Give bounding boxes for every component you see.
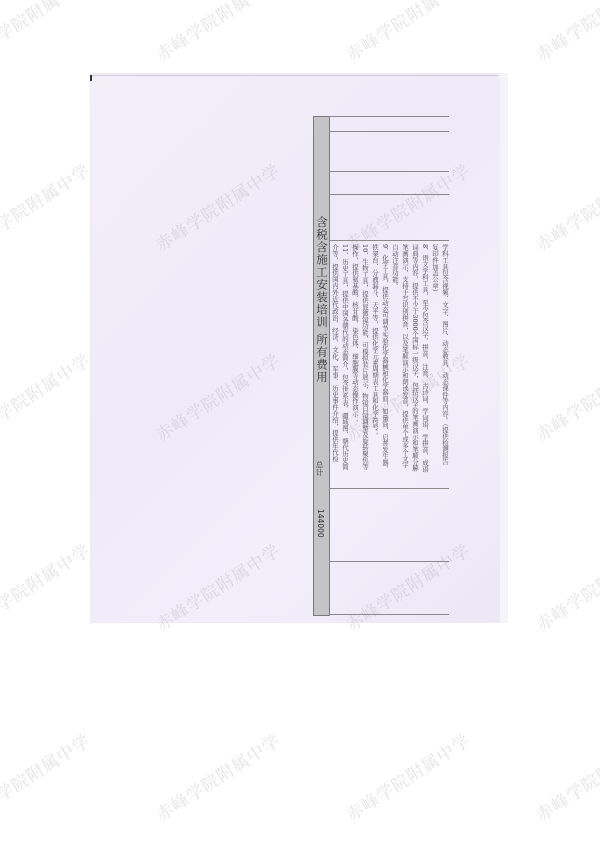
watermark-text: 赤峰学院附属中学 <box>340 0 474 66</box>
watermark-text: 赤峰学院附属中学 <box>530 0 600 66</box>
content-line: 复印件加盖公章） <box>430 244 439 474</box>
content-line: 自动注音功能。 <box>390 244 399 474</box>
scanned-page: 含税含施工安装培训 所有费用 学科工具包含视频、文字、图片、动态教具、动态课件等… <box>90 73 508 623</box>
content-line: 9、化学工具，提供动态可调节实验化学器械和化学器皿，如量筒、启普发生器、 <box>380 244 389 474</box>
content-line: 10、生物工具，提供显微镜功能，可模拟装片展示，物镜目镜调整及旋转聚焦等 <box>360 244 369 474</box>
watermark-text: 赤峰学院附属中学 <box>0 727 94 826</box>
total-label: 总计 <box>311 461 325 476</box>
watermark-text: 赤峰学院附属中学 <box>0 0 94 66</box>
watermark-text: 赤峰学院附属中学 <box>0 347 94 446</box>
content-line: 学科工具包含视频、文字、图片、动态教具、动态课件等内容。（提供检测报告 <box>440 244 449 474</box>
watermark-text: 赤峰学院附属中学 <box>0 537 94 636</box>
content-cell: 学科工具包含视频、文字、图片、动态教具、动态课件等内容。（提供检测报告复印件加盖… <box>331 244 449 474</box>
table-row-line <box>329 171 449 172</box>
content-line: 词典等内容，提供不少于3000个国标一级汉字，包括汉字的笔画演示和笔顺分解 <box>410 244 419 474</box>
watermark-text: 赤峰学院附属中学 <box>530 727 600 826</box>
scan-mark <box>90 75 92 81</box>
total-value: 144000 <box>311 509 325 538</box>
content-line: 笔画演示，支持手写识别拼音，以及笔顺演示和朗读发音，提供单个或多个文字 <box>400 244 409 474</box>
page-right-edge <box>500 73 508 623</box>
watermark-text: 赤峰学院附属中学 <box>150 727 284 826</box>
rotated-table: 含税含施工安装培训 所有费用 学科工具包含视频、文字、图片、动态教具、动态课件等… <box>313 116 461 623</box>
content-line: 铁架台、分液漏斗、天平等，提供化学元素周期表工具和化学符号； <box>370 244 379 474</box>
content-line: 8、语文学科工具，至少包含汉字、拼音、注音、古诗词、学词语、学拼音、成语 <box>420 244 429 474</box>
table-row-line <box>329 131 449 132</box>
page-top-edge <box>90 75 498 76</box>
watermark-text: 赤峰学院附属中学 <box>340 727 474 826</box>
watermark-text: 赤峰学院附属中学 <box>150 0 284 66</box>
table-row-line <box>329 614 449 615</box>
table-row-line <box>329 488 449 489</box>
table-row-line <box>329 561 449 562</box>
content-line: 11、历史工具，提供中国各朝代的动态简介，包含世系表、疆域图、朝代历史简 <box>340 244 349 474</box>
table-row-line <box>329 240 449 241</box>
table-row-line <box>329 116 449 117</box>
header-band-text: 含税含施工安装培训 所有费用 <box>314 216 330 383</box>
table-row-line <box>329 194 449 195</box>
content-line: 介等，提供国内外近代政治、经济、文化、军事、历史事件介绍，提供年代检 <box>330 244 339 474</box>
watermark-text: 赤峰学院附属中学 <box>530 537 600 636</box>
watermark-text: 赤峰学院附属中学 <box>0 157 94 256</box>
content-line: 操作，提供氨基酸、核苷酸、染色体、细胞膜等动态操作演示； <box>350 244 359 474</box>
watermark-text: 赤峰学院附属中学 <box>530 157 600 256</box>
watermark-text: 赤峰学院附属中学 <box>530 347 600 446</box>
